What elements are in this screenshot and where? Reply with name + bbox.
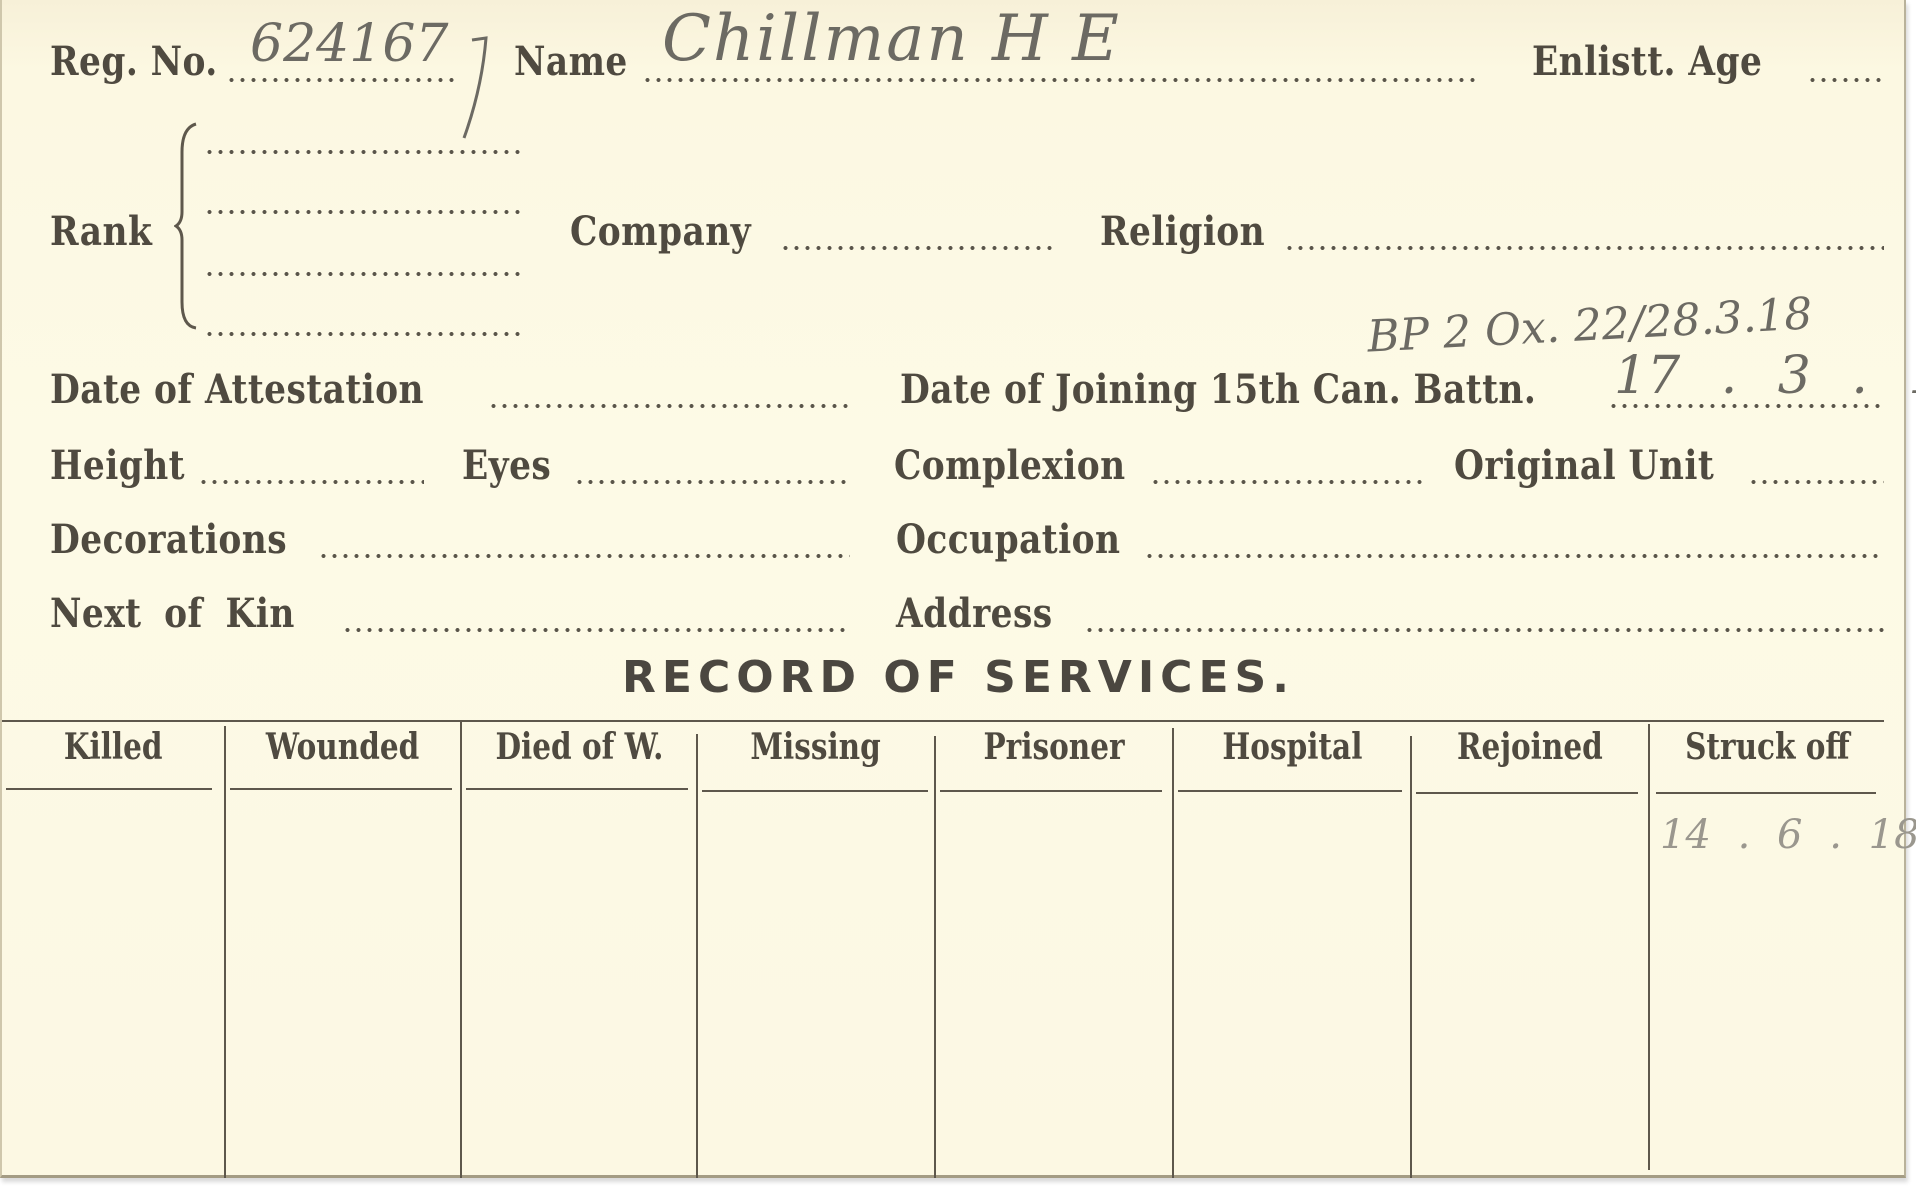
company-label: Company [570, 208, 751, 255]
name-value[interactable]: Chillman H E [662, 2, 1121, 76]
eyes-dotted-line[interactable] [574, 480, 850, 484]
column-header-prisoner: Prisoner [936, 726, 1172, 786]
column-header-wounded: Wounded [226, 726, 460, 786]
date-of-joining-value[interactable]: 17 . 3 . 18 [1614, 346, 1916, 406]
column-header-hospital: Hospital [1174, 726, 1410, 786]
rank-line-1[interactable] [204, 150, 524, 154]
column-header-rejoined: Rejoined [1412, 726, 1648, 786]
enlistment-record-card: Reg. No. 624167 Name Chillman H E Enlist… [0, 0, 1906, 1178]
table-top-rule [2, 720, 1884, 722]
column-divider [460, 720, 462, 1178]
handwritten-stroke-icon [442, 28, 502, 148]
reg-no-dotted-line [226, 78, 454, 82]
occupation-dotted-line[interactable] [1144, 554, 1884, 558]
next-of-kin-label: Next of Kin [50, 590, 295, 637]
next-of-kin-dotted-line[interactable] [342, 628, 850, 632]
enlist-age-dotted-line [1807, 78, 1885, 82]
eyes-label: Eyes [462, 442, 551, 489]
column-header-killed: Killed [2, 726, 224, 786]
header-underline [1178, 790, 1402, 792]
column-divider [1410, 736, 1412, 1178]
column-divider [1648, 724, 1650, 1170]
rank-line-4[interactable] [204, 332, 524, 336]
column-header-died-of-wounds: Died of W. [462, 726, 696, 786]
religion-label: Religion [1100, 208, 1265, 255]
header-underline [6, 788, 212, 790]
date-of-joining-label: Date of Joining 15th Can. Battn. [900, 366, 1536, 413]
address-label: Address [896, 590, 1053, 637]
rank-line-3[interactable] [204, 272, 524, 276]
complexion-dotted-line[interactable] [1150, 480, 1428, 484]
name-dotted-line [642, 78, 1477, 82]
column-divider [224, 726, 226, 1178]
header-underline [702, 790, 928, 792]
date-of-attestation-dotted-line[interactable] [488, 404, 850, 408]
original-unit-dotted-line[interactable] [1748, 480, 1884, 484]
name-label: Name [514, 38, 628, 85]
header-underline [1656, 792, 1876, 794]
record-of-services-title: RECORD OF SERVICES. [622, 652, 1295, 703]
header-underline [1416, 792, 1638, 794]
column-divider [934, 736, 936, 1178]
company-dotted-line[interactable] [780, 246, 1052, 250]
original-unit-label: Original Unit [1454, 442, 1714, 489]
column-header-missing: Missing [698, 726, 934, 786]
reg-no-label: Reg. No. [50, 38, 218, 85]
column-header-struck-off: Struck off [1650, 726, 1884, 786]
height-dotted-line[interactable] [198, 480, 424, 484]
rank-brace-icon [174, 122, 204, 330]
height-label: Height [50, 442, 185, 489]
header-underline [940, 790, 1162, 792]
column-divider [1172, 728, 1174, 1178]
enlist-age-label: Enlistt. Age [1532, 38, 1762, 85]
decorations-dotted-line[interactable] [318, 554, 850, 558]
header-underline [466, 788, 688, 790]
header-underline [230, 788, 452, 790]
column-divider [696, 734, 698, 1178]
date-of-attestation-label: Date of Attestation [50, 366, 424, 413]
religion-dotted-line[interactable] [1284, 246, 1884, 250]
rank-line-2[interactable] [204, 210, 524, 214]
cell-struck-off[interactable]: 14 . 6 . 18 [1660, 812, 1916, 858]
rank-label: Rank [50, 208, 152, 255]
complexion-label: Complexion [894, 442, 1126, 489]
decorations-label: Decorations [50, 516, 287, 563]
occupation-label: Occupation [896, 516, 1120, 563]
address-dotted-line[interactable] [1084, 628, 1884, 632]
reg-no-value[interactable]: 624167 [250, 14, 449, 74]
